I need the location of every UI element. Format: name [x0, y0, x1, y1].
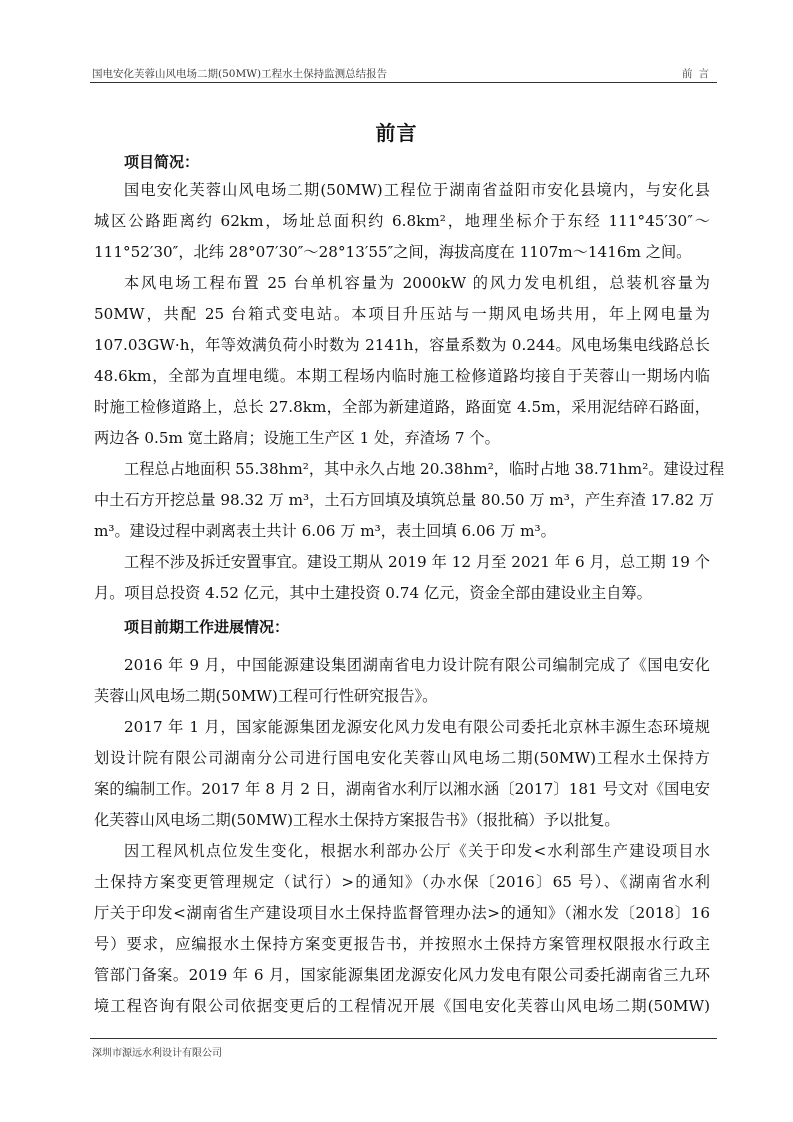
- text-line: 管部门备案。2019 年 6 月，国家能源集团龙源安化风力发电有限公司委托湖南省…: [94, 965, 710, 985]
- text-line: 芙蓉山风电场二期(50MW)工程可行性研究报告》。: [94, 686, 710, 706]
- header-report-title: 国电安化芙蓉山风电场二期(50MW)工程水土保持监测总结报告: [92, 66, 387, 81]
- text-line: 因工程风机点位发生变化，根据水利部办公厅《关于印发<水利部生产建设项目水: [124, 841, 710, 861]
- section-heading-overview: 项目简况：: [124, 152, 199, 172]
- text-line: 境工程咨询有限公司依据变更后的工程情况开展《国电安化芙蓉山风电场二期(50MW): [94, 996, 710, 1016]
- text-line: 本风电场工程布置 25 台单机容量为 2000kW 的风力发电机组，总装机容量为: [124, 273, 710, 293]
- page-footer: 深圳市源远水利设计有限公司: [90, 1038, 717, 1039]
- text-line: 2017 年 1 月，国家能源集团龙源安化风力发电有限公司委托北京林丰源生态环境…: [124, 717, 710, 737]
- page-title: 前言: [0, 117, 793, 146]
- text-line: 划设计院有限公司湖南分公司进行国电安化芙蓉山风电场二期(50MW)工程水土保持方: [94, 748, 710, 768]
- text-line: 月。项目总投资 4.52 亿元，其中土建投资 0.74 亿元，资金全部由建设业主…: [94, 583, 710, 603]
- text-line: 111°52′30″，北纬 28°07′30″～28°13′55″之间，海拔高度…: [94, 242, 710, 262]
- text-line: 化芙蓉山风电场二期(50MW)工程水土保持方案报告书》（报批稿）予以批复。: [94, 810, 710, 830]
- text-line: 50MW，共配 25 台箱式变电站。本项目升压站与一期风电场共用，年上网电量为: [94, 304, 710, 324]
- page-header: 国电安化芙蓉山风电场二期(50MW)工程水土保持监测总结报告 前言: [90, 66, 717, 83]
- text-line: 107.03GW·h，年等效满负荷小时数为 2141h，容量系数为 0.244。…: [94, 335, 710, 355]
- text-line: 工程不涉及拆迁安置事宜。建设工期从 2019 年 12 月至 2021 年 6 …: [124, 552, 710, 572]
- footer-company-name: 深圳市源远水利设计有限公司: [92, 1044, 222, 1059]
- text-line: 厅关于印发<湖南省生产建设项目水土保持监督管理办法>的通知》（湘水发〔2018〕…: [94, 903, 710, 923]
- text-line: 城区公路距离约 62km，场址总面积约 6.8km²，地理坐标介于东经 111°…: [94, 211, 710, 231]
- text-line: 2016 年 9 月，中国能源建设集团湖南省电力设计院有限公司编制完成了《国电安…: [124, 655, 710, 675]
- text-line: 案的编制工作。2017 年 8 月 2 日，湖南省水利厅以湘水涵〔2017〕18…: [94, 779, 710, 799]
- text-line: 土保持方案变更管理规定（试行）>的通知》（办水保〔2016〕65 号）、《湖南省…: [94, 872, 710, 892]
- header-section-name: 前言: [682, 66, 715, 81]
- text-line: 时施工检修道路上，总长 27.8km，全部为新建道路，路面宽 4.5m，采用泥结…: [94, 397, 710, 417]
- text-line: 国电安化芙蓉山风电场二期(50MW)工程位于湖南省益阳市安化县境内，与安化县: [124, 180, 710, 200]
- section-heading-preliminary-work: 项目前期工作进展情况：: [124, 617, 289, 637]
- text-line: 两边各 0.5m 宽土路肩；设施工生产区 1 处，弃渣场 7 个。: [94, 428, 710, 448]
- text-line: 48.6km，全部为直埋电缆。本期工程场内临时施工检修道路均接自于芙蓉山一期场内…: [94, 366, 710, 386]
- text-line: 号）要求，应编报水土保持方案变更报告书，并按照水土保持方案管理权限报水行政主: [94, 934, 710, 954]
- text-line: 工程总占地面积 55.38hm²，其中永久占地 20.38hm²，临时占地 38…: [124, 459, 710, 479]
- text-line: m³。建设过程中剥离表土共计 6.06 万 m³，表土回填 6.06 万 m³。: [94, 521, 710, 541]
- text-line: 中土石方开挖总量 98.32 万 m³，土石方回填及填筑总量 80.50 万 m…: [94, 490, 710, 510]
